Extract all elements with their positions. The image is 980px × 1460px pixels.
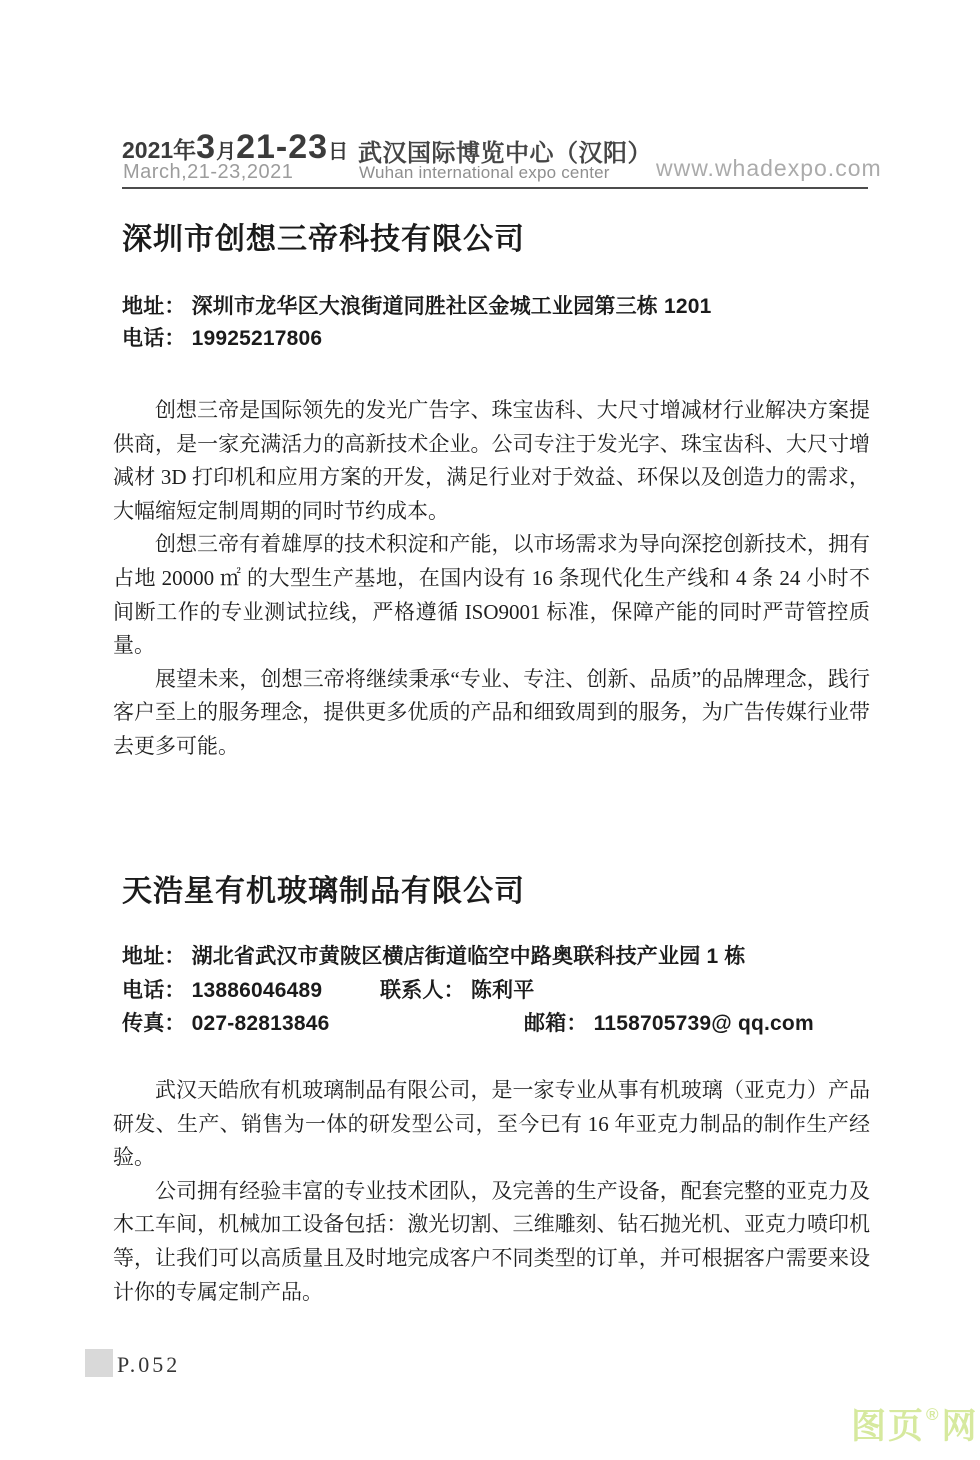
company2-name: 天浩星有机玻璃制品有限公司 [122, 866, 525, 910]
company2-address-value: 湖北省武汉市黄陂区横店街道临空中路奥联科技产业园 1 栋 [192, 945, 746, 968]
page-number-square-marker [85, 1349, 113, 1377]
expo-venue-english: Wuhan international expo center [359, 163, 610, 183]
company1-description: 创想三帝是国际领先的发光广告字、珠宝齿科、大尺寸增减材行业解决方案提供商，是一家… [113, 394, 870, 764]
company2-paragraph-1: 武汉天皓欣有机玻璃制品有限公司，是一家专业从事有机玻璃（亚克力）产品研发、生产、… [113, 1074, 870, 1175]
company1-phone-value: 19925217806 [192, 327, 323, 350]
company1-paragraph-1: 创想三帝是国际领先的发光广告字、珠宝齿科、大尺寸增减材行业解决方案提供商，是一家… [113, 394, 870, 528]
watermark-text-left: 图页 [851, 1407, 925, 1446]
contact-person-label: 联系人： [380, 979, 465, 1002]
company1-address-line: 地址：深圳市龙华区大浪街道同胜社区金城工业园第三栋 1201 [122, 290, 712, 320]
company2-fax-line: 传真：027-82813846 [122, 1007, 329, 1037]
fax-label: 传真： [122, 1012, 186, 1035]
company1-address-value: 深圳市龙华区大浪街道同胜社区金城工业园第三栋 1201 [192, 295, 712, 318]
company2-fax-value: 027-82813846 [192, 1012, 330, 1035]
company2-phone-value: 13886046489 [192, 979, 323, 1002]
company1-phone-line: 电话：19925217806 [122, 322, 322, 352]
address-label: 地址： [122, 295, 186, 318]
phone-label: 电话： [122, 979, 186, 1002]
company1-paragraph-2: 创想三帝有着雄厚的技术积淀和产能，以市场需求为导向深挖创新技术，拥有占地 200… [113, 528, 870, 662]
company2-phone-line: 电话：13886046489 [122, 974, 322, 1004]
expo-date-day-char: 日 [328, 135, 348, 164]
phone-label: 电话： [122, 327, 186, 350]
company1-paragraph-3: 展望未来，创想三帝将继续秉承“专业、专注、创新、品质”的品牌理念，践行客户至上的… [113, 663, 870, 764]
watermark-text-right: 网 [942, 1407, 979, 1446]
company2-paragraph-2: 公司拥有经验丰富的专业技术团队，及完善的生产设备，配套完整的亚克力及木工车间，机… [113, 1175, 870, 1309]
company2-email-value: 1158705739@ qq.com [594, 1012, 814, 1035]
address-label: 地址： [122, 945, 186, 968]
company2-contact-line: 联系人：陈利平 [380, 974, 534, 1004]
company1-name: 深圳市创想三帝科技有限公司 [122, 214, 525, 258]
company2-contact-value: 陈利平 [471, 979, 535, 1002]
expo-date-english: March,21-23,2021 [123, 161, 293, 184]
company2-description: 武汉天皓欣有机玻璃制品有限公司，是一家专业从事有机玻璃（亚克力）产品研发、生产、… [113, 1074, 870, 1309]
page-number: P.052 [117, 1352, 180, 1378]
registered-trademark-icon: ® [926, 1405, 941, 1424]
company2-address-line: 地址：湖北省武汉市黄陂区横店街道临空中路奥联科技产业园 1 栋 [122, 940, 746, 970]
tuye-site-watermark: 图页®网 [851, 1406, 979, 1444]
expo-date-month-char: 月 [216, 135, 236, 164]
header-divider [122, 187, 868, 189]
expo-website-url: www.whadexpo.com [656, 155, 882, 182]
company2-email-line: 邮箱：1158705739@ qq.com [524, 1007, 814, 1037]
email-label: 邮箱： [524, 1012, 588, 1035]
